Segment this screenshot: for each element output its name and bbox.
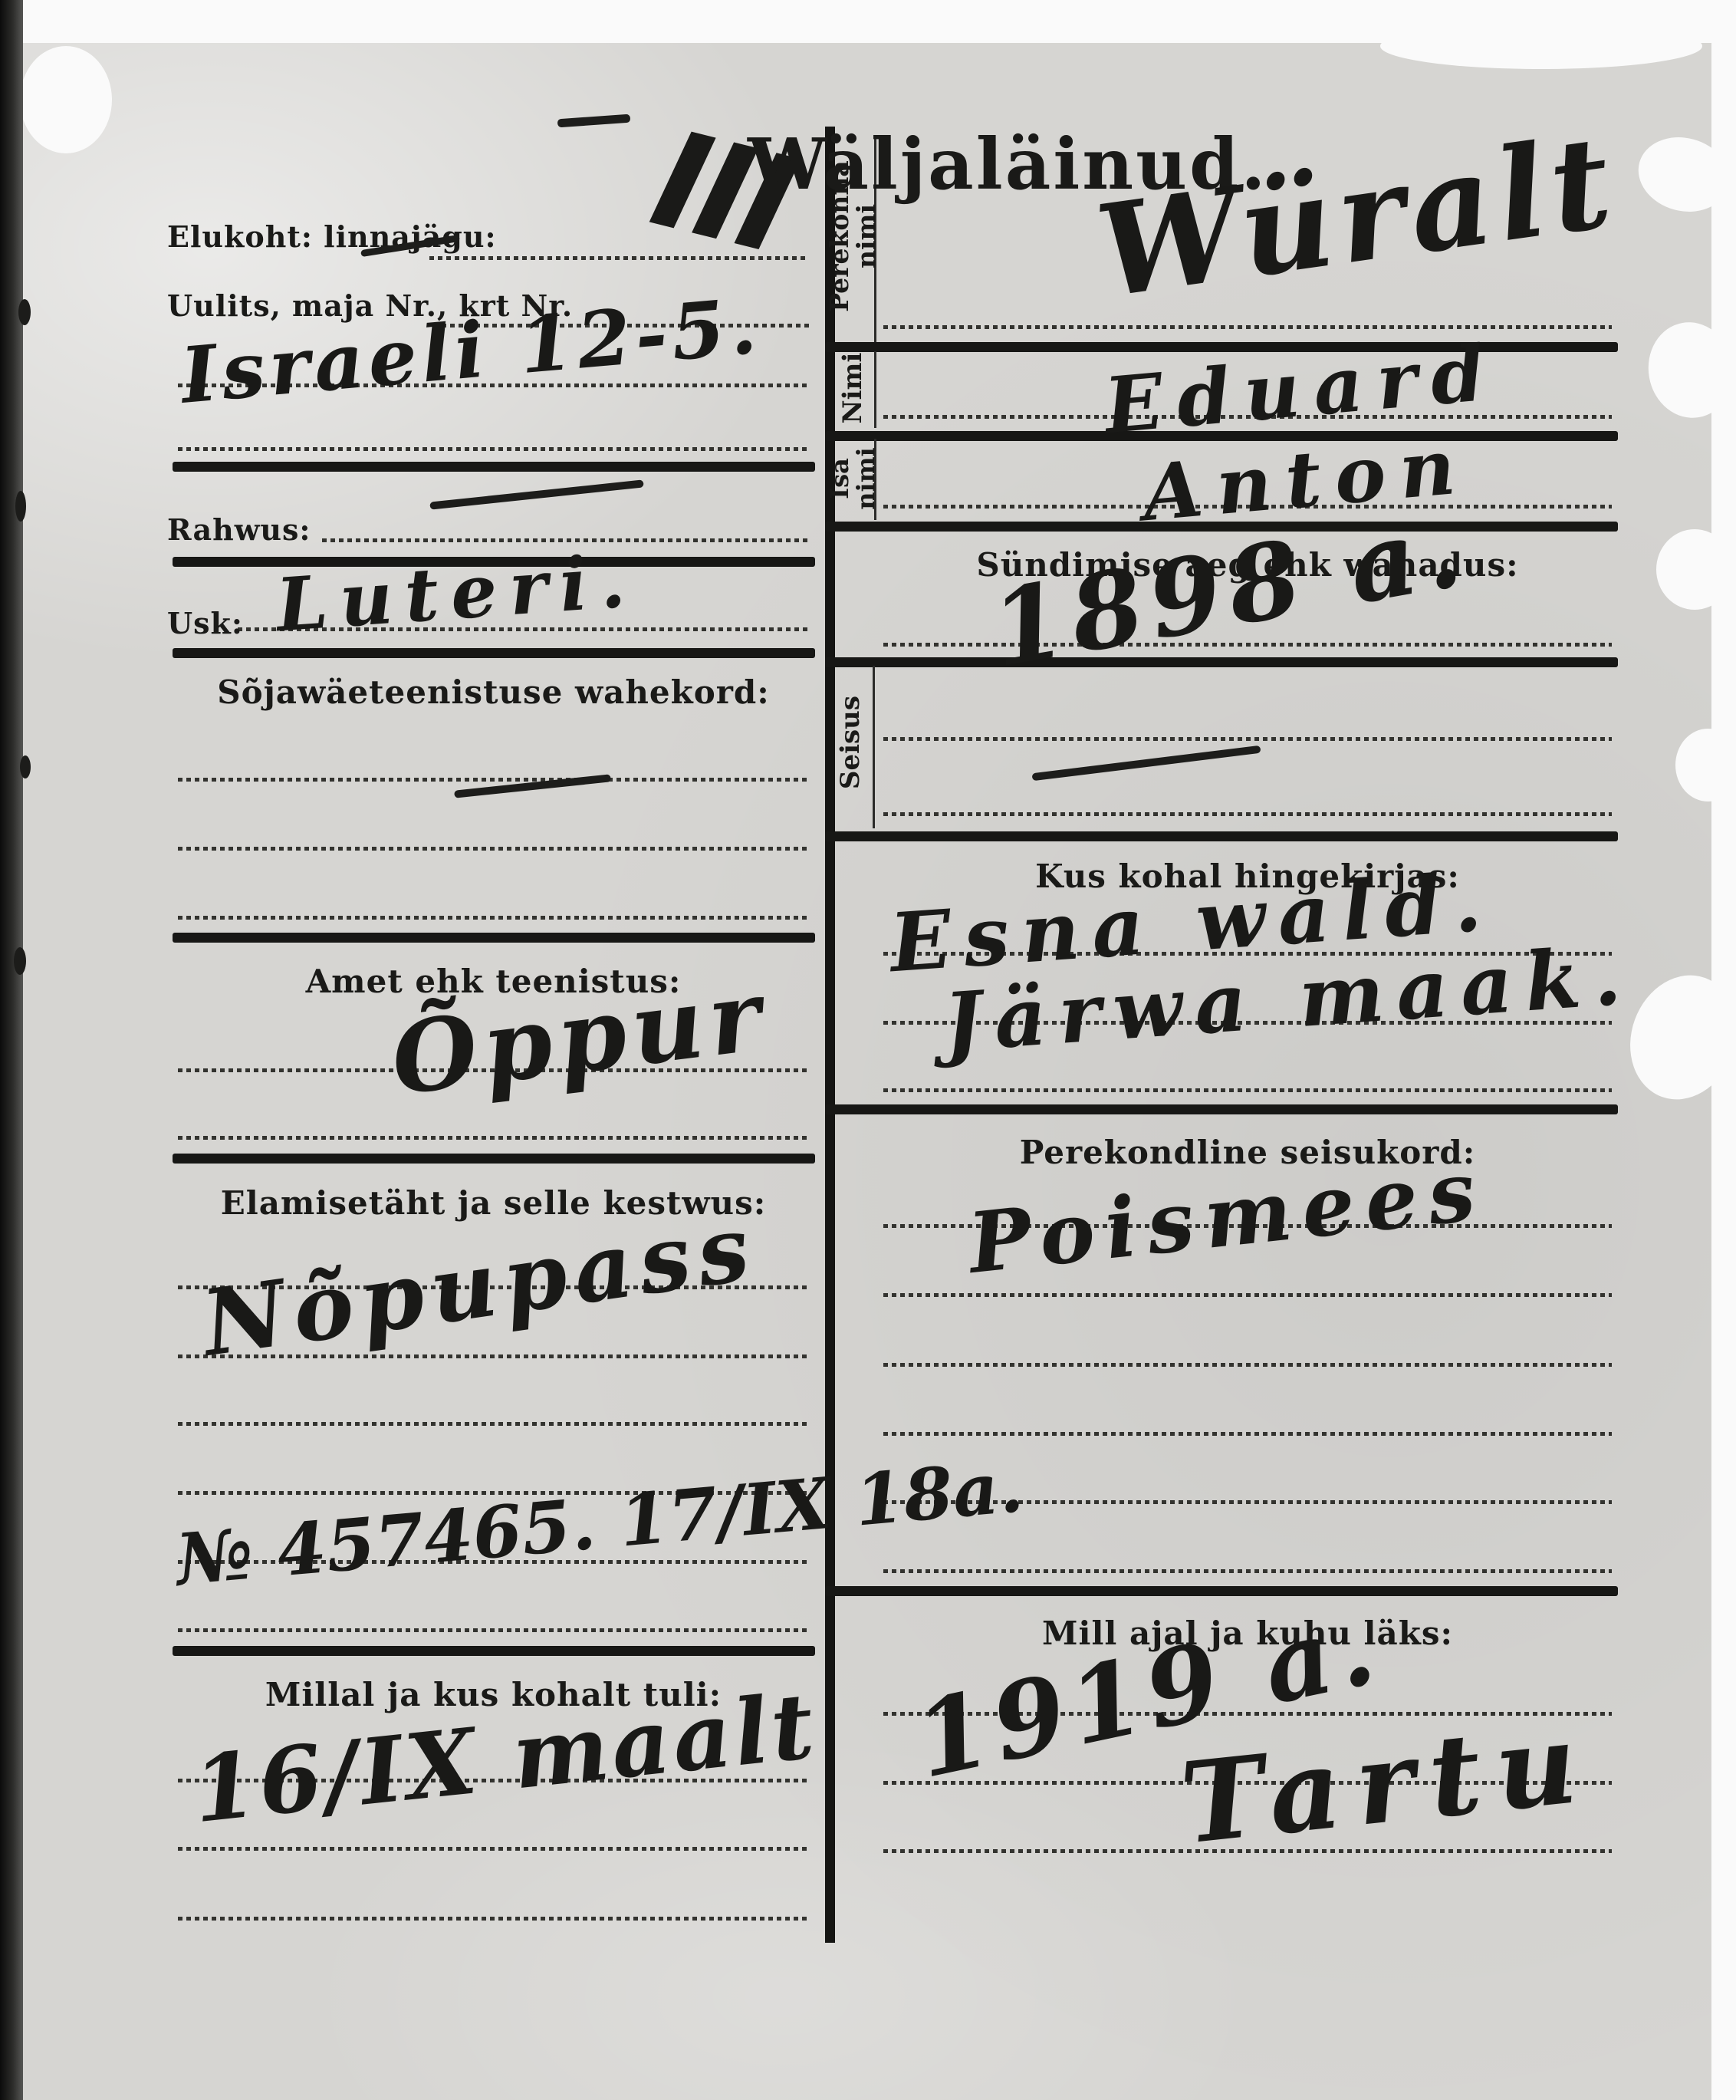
writing-line (178, 1628, 809, 1632)
writing-line (883, 1569, 1612, 1573)
scan-speck (20, 755, 31, 778)
section-divider (173, 933, 815, 943)
field-label-sojawae: Sõjawäeteenistuse wahekord: (178, 673, 809, 711)
torn-edge (1656, 529, 1733, 610)
writing-line (178, 1917, 809, 1921)
writing-line (322, 538, 809, 542)
section-divider (173, 648, 815, 658)
section-divider (825, 831, 1618, 841)
field-label-perekondline: Perekondline seisukord: (883, 1134, 1612, 1171)
torn-edge-left (20, 46, 112, 153)
writing-line (883, 325, 1612, 329)
writing-line (883, 1088, 1612, 1092)
writing-line (883, 1293, 1612, 1297)
scan-speck (15, 491, 26, 522)
writing-line (178, 1847, 809, 1851)
torn-edge (1675, 729, 1736, 801)
writing-line (178, 447, 809, 451)
scan-speck (18, 299, 31, 325)
writing-line (178, 847, 809, 851)
section-divider (825, 1586, 1618, 1596)
scan-speck (14, 947, 26, 975)
writing-line (178, 778, 809, 782)
section-divider (173, 1646, 815, 1656)
field-label-isa-nimi: Isa nimi (829, 436, 878, 521)
torn-edge (1380, 23, 1702, 69)
writing-line (883, 737, 1612, 741)
writing-line (883, 1363, 1612, 1367)
writing-line (883, 1432, 1612, 1436)
writing-line (178, 1422, 809, 1426)
scanned-document: III Wäljaläinud. Elukoht: linnajägu: Uul… (0, 0, 1736, 2100)
field-label-usk: Usk: (167, 606, 243, 640)
gutter-rule (873, 666, 875, 828)
writing-line (178, 916, 809, 920)
field-label-rahwus: Rahwus: (167, 512, 311, 547)
section-divider (825, 1104, 1618, 1114)
field-label-nimi: Nimi (830, 350, 876, 426)
section-divider (173, 1154, 815, 1164)
section-divider (825, 657, 1618, 667)
field-label-seisus: Seisus (830, 666, 873, 819)
writing-line (883, 812, 1612, 816)
section-divider (173, 462, 815, 472)
writing-line (178, 1136, 809, 1140)
